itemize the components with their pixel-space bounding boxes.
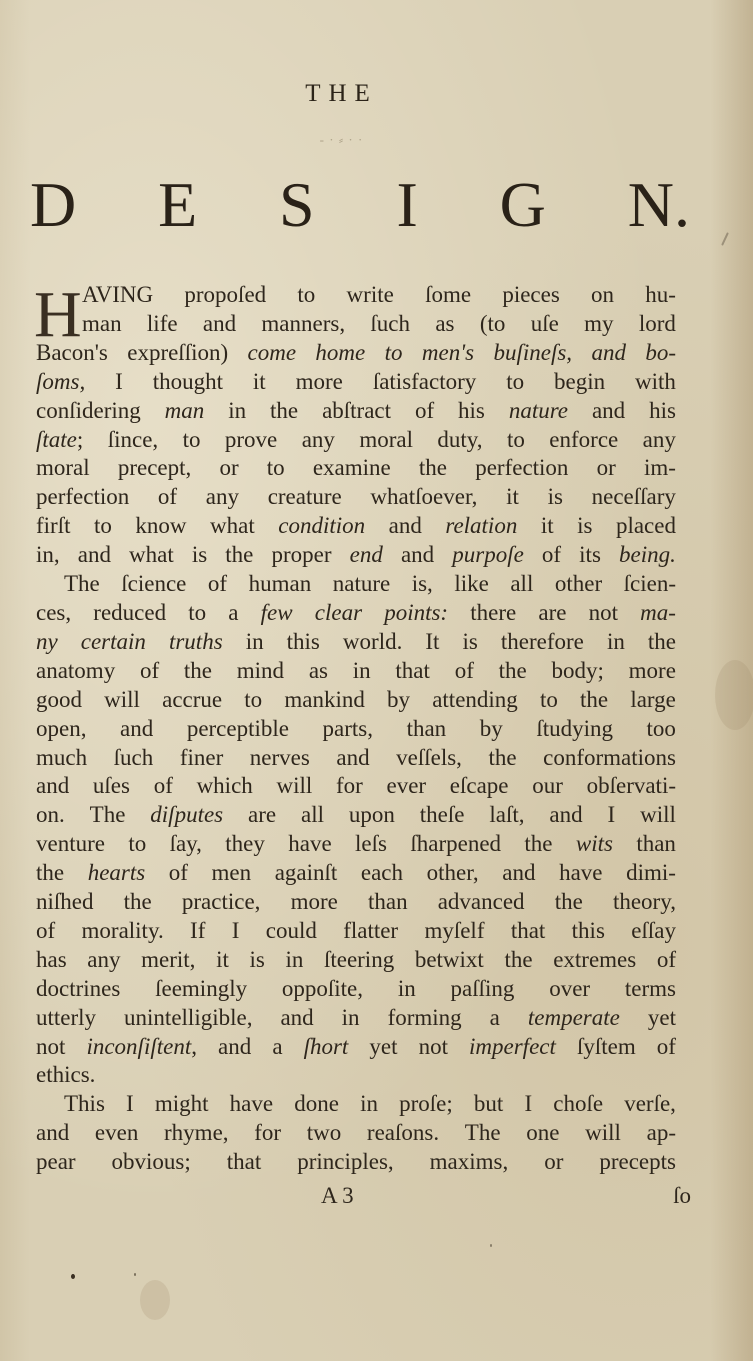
word: practice, [182,888,261,917]
word: as [309,657,328,686]
word: therefore [501,628,584,657]
word: (to [480,310,506,339]
word: in [228,397,246,426]
word: theſe [420,801,465,830]
word: any [206,483,239,512]
word: perfection [475,454,568,483]
word: there [470,599,516,628]
word: lord [639,310,676,339]
word: too [647,715,676,744]
text-line: notinconſiſtent,andaſhortyetnotimperfect… [36,1033,676,1062]
book-page: THE - · ⸗ · · D E S I G N. H AVINGpropoſ… [0,0,753,1361]
word: but [474,1090,503,1119]
drop-cap: H [34,287,82,343]
word: purpoſe [452,541,524,570]
word: the [36,859,64,888]
word: and [549,801,582,830]
word: have [288,830,331,859]
word: laſt, [489,801,524,830]
word: is, [412,570,433,599]
text-line: manlifeandmanners,ſuchas(touſemylord [36,310,676,339]
word: and [389,512,422,541]
word: his [458,397,485,426]
word: ſyſtem [577,1033,636,1062]
word: the [270,397,298,426]
word: will [276,772,312,801]
word: ſhort [304,1033,349,1062]
word: ſince, [108,426,158,455]
word: our [532,772,563,801]
word: large [630,686,676,715]
word: will [585,1119,621,1148]
word: as [435,310,454,339]
word: and [336,744,369,773]
word: expreſſion) [127,339,228,368]
word: venture [36,830,105,859]
word: by [387,686,410,715]
word: life [147,310,178,339]
word: know [135,512,186,541]
word: veſſels, [396,744,462,773]
word: to [188,599,206,628]
word: wits [576,830,613,859]
word: The [90,801,126,830]
word: morality. [82,917,164,946]
word: abſtract [322,397,391,426]
title-letter: S [279,168,315,242]
word: the [499,657,527,686]
text-line: anatomyofthemindasinthatofthebody;more [36,657,676,686]
word: in [246,628,264,657]
word: which [197,772,253,801]
word: in [342,1004,360,1033]
word: I [232,917,240,946]
word: eſcape [450,772,509,801]
word: man [165,397,205,426]
word: write [347,281,394,310]
word: firſt [36,512,71,541]
signature-mark: A 3 [321,1183,354,1209]
word: my [584,310,613,339]
title-letter: E [158,168,197,242]
word: of [154,772,173,801]
word: duty, [437,426,482,455]
word: or [219,454,238,483]
word: conſidering [36,397,141,426]
word: merit, [141,946,195,975]
word: AVING [82,281,153,310]
text-line: conſideringmanintheabſtractofhisnaturean… [36,397,676,426]
word: it [216,946,229,975]
word: advanced [438,888,525,917]
word: on [591,281,614,310]
word: reaſons. [367,1119,439,1148]
word: like [454,570,489,599]
word: this [572,917,605,946]
word: on. [36,801,65,830]
page-title-design: D E S I G N. [30,168,690,242]
word: and [591,339,626,368]
word: of [36,917,55,946]
word: reduced [93,599,166,628]
word: of [657,1033,676,1062]
word: the [419,454,447,483]
word: moral [359,426,413,455]
word: of [415,397,434,426]
word: ſome [425,281,471,310]
word: to [507,426,525,455]
paper-stain [140,1280,170,1320]
word: choſe [553,1090,603,1119]
word: any [87,946,120,975]
word: and [218,1033,251,1062]
word: forming [388,1004,462,1033]
word: nature [509,397,568,426]
word: it [506,483,519,512]
text-line: niſhedthepractice,morethanadvancedthethe… [36,888,676,917]
word: two [307,1119,342,1148]
word: of [140,657,159,686]
ink-speck [490,1244,492,1247]
text-line: anduſesofwhichwillforevereſcapeourobſerv… [36,772,676,801]
word: bo- [645,339,676,368]
word: any [643,426,676,455]
word: niſhed [36,888,94,917]
word: to [506,368,524,397]
word: attending [432,686,518,715]
word: and [203,310,236,339]
word: truths [169,628,223,657]
word: manners, [261,310,345,339]
word: pieces [502,281,559,310]
word: proſe; [399,1090,453,1119]
title-letter: G [500,168,546,242]
word: have [559,859,602,888]
text-line: venturetoſay,theyhaveleſsſharpenedthewit… [36,830,676,859]
word: I [126,1090,134,1119]
word: moral [36,454,90,483]
word: the [184,657,212,686]
text-line: on.Thediſputesareallupontheſelaſt,andIwi… [36,801,676,830]
word: im- [644,454,676,483]
word: neceſſary [592,483,676,512]
text-line: doctrinesſeeminglyoppoſite,inpaſſingover… [36,975,676,1004]
word: paſſing [451,975,515,1004]
word: whatſoever, [370,483,477,512]
text-line: goodwillaccruetomankindbyattendingtothel… [36,686,676,715]
word: that [227,1148,262,1177]
word: perfection [36,483,129,512]
word: for [336,772,363,801]
text-line: andevenrhyme,fortworeaſons.Theonewillap- [36,1119,676,1148]
word: home [315,339,365,368]
word: mankind [284,686,365,715]
word: againſt [275,859,338,888]
title-letter: I [396,168,417,242]
word: terms [625,975,676,1004]
word: it [253,368,266,397]
paper-stain [715,660,753,730]
heading-the: THE [0,80,683,108]
word: to [128,830,146,859]
word: to [540,686,558,715]
word: of [169,859,188,888]
word: ſharpened [410,830,501,859]
word: enforce [549,426,618,455]
word: much [36,744,87,773]
word: it [541,512,554,541]
word: precept, [118,454,191,483]
word: a [228,599,238,628]
word: more [291,888,338,917]
word: body; [552,657,604,686]
word: nerves [250,744,310,773]
word: to [183,426,201,455]
text-line: hasanymerit,itisinſteeringbetwixttheextr… [36,946,676,975]
word: and [401,541,434,570]
word: ma- [640,599,676,628]
word: flatter [343,917,398,946]
word: ſtate; [36,426,83,455]
word: in [607,628,625,657]
body-text: H AVINGpropoſedtowriteſomepiecesonhu-man… [36,281,676,1177]
word: of [542,541,561,570]
word: ſeemingly [155,975,247,1004]
text-line: perfectionofanycreaturewhatſoever,itisne… [36,483,676,512]
text-line: ofmorality.IfIcouldflattermyſelfthatthis… [36,917,676,946]
word: will [640,801,676,830]
word: with [635,368,676,397]
word: yet [369,1033,397,1062]
word: of [158,483,177,512]
text-line: firſttoknowwhatconditionandrelationitisp… [36,512,676,541]
word: in, [36,541,60,570]
word: they [225,830,265,859]
word: eſſay [631,917,676,946]
word: open, [36,715,86,744]
word: I [608,801,616,830]
word: oppoſite, [282,975,363,1004]
text-line: AVINGpropoſedtowriteſomepiecesonhu- [36,281,676,310]
word: the [648,628,676,657]
word: that [511,917,546,946]
word: clear [315,599,362,628]
word: maxims, [430,1148,509,1177]
word: not [36,1033,65,1062]
word: nature [333,570,390,599]
word: ſtudying [536,715,613,744]
word: could [266,917,317,946]
word: parts, [323,715,373,744]
word: what [129,541,174,570]
text-line: ſoms,Ithoughtitmoreſatisfactorytobeginwi… [36,368,676,397]
word: is [192,541,207,570]
word: begin [554,368,605,397]
ink-speck [134,1273,136,1276]
word: perceptible [187,715,289,744]
word: proper [272,541,332,570]
word: I [524,1090,532,1119]
decorative-ornament: - · ⸗ · · [0,132,683,148]
word: might [155,1090,209,1119]
word: the [225,541,253,570]
text-line: nycertaintruthsinthisworld.Itistherefore… [36,628,676,657]
text-line: pearobvious;thatprinciples,maxims,orprec… [36,1148,676,1177]
word: for [254,1119,281,1148]
word: upon [349,801,395,830]
word: are [538,599,566,628]
word: yet [648,1004,676,1033]
word: end [350,541,383,570]
word: ethics. [36,1061,95,1090]
word: in [398,975,416,1004]
word: to [297,281,315,310]
word: this [287,628,320,657]
word: hu- [645,281,676,310]
word: world. [343,628,402,657]
word: over [549,975,590,1004]
text-line: in,andwhatistheproperendandpurpoſeofitsb… [36,541,676,570]
word: and [502,859,535,888]
word: the [524,830,552,859]
word: theory, [613,888,676,917]
word: done [294,1090,339,1119]
word: a [272,1033,282,1062]
word: ſoms, [36,368,85,397]
word: or [597,454,616,483]
word: other [555,570,602,599]
word: ſuch [370,310,410,339]
word: ever [387,772,427,801]
word: all [301,801,324,830]
word: that [395,657,430,686]
text-line: ces,reducedtoafewclearpoints:therearenot… [36,599,676,628]
word: one [526,1119,559,1148]
word: to [244,686,262,715]
word: ces, [36,599,71,628]
word: not [589,599,618,628]
word: more [629,657,676,686]
word: what [210,512,255,541]
word: the [504,946,532,975]
word: any [302,426,335,455]
word: uſe [531,310,559,339]
word: in [285,946,303,975]
word: The [465,1119,501,1148]
word: betwixt [415,946,484,975]
word: is [577,512,592,541]
word: hearts [88,859,146,888]
word: relation [445,512,517,541]
word: to [94,512,112,541]
word: temperate [528,1004,620,1033]
word: all [510,570,533,599]
text-line: Bacon'sexpreſſion)comehometomen'sbuſineſ… [36,339,676,368]
word: than [636,830,676,859]
word: and [592,397,625,426]
text-line: ſtate;ſince,toproveanymoralduty,toenforc… [36,426,676,455]
word: not [419,1033,448,1062]
word: are [248,801,276,830]
word: unintelligible, [124,1004,252,1033]
word: and [36,1119,69,1148]
word: human [249,570,312,599]
word: dimi- [626,859,676,888]
word: prove [225,426,277,455]
word: I [115,368,123,397]
text-line: utterlyunintelligible,andinformingatempe… [36,1004,676,1033]
word: is [249,946,264,975]
word: or [544,1148,563,1177]
word: This [64,1090,105,1119]
title-letter: N. [628,168,690,242]
word: ſuch [114,744,154,773]
word: propoſed [184,281,266,310]
word: points: [384,599,448,628]
word: few [261,599,293,628]
word: than [368,888,408,917]
word: the [124,888,152,917]
word: obvious; [112,1148,191,1177]
word: and [120,715,153,744]
word: creature [268,483,342,512]
word: and [280,1004,313,1033]
word: utterly [36,1004,96,1033]
word: to [267,454,285,483]
word: precepts [599,1148,676,1177]
text-line: Theſcienceofhumannatureis,likeallotherſc… [36,570,676,599]
word: in [360,1090,378,1119]
ink-speck [721,232,729,246]
word: ſcien- [624,570,676,599]
word: verſe, [624,1090,676,1119]
word: its [579,541,601,570]
word: rhyme, [164,1119,229,1148]
ink-speck [71,1274,75,1279]
word: ſcience [121,570,186,599]
word: of [657,946,676,975]
word: finer [180,744,223,773]
word: diſputes [150,801,223,830]
word: men [212,859,252,888]
word: the [488,744,516,773]
word: examine [313,454,391,483]
text-line: ThisImighthavedoneinproſe;butIchoſeverſe… [36,1090,676,1119]
text-line: moralprecept,ortoexaminetheperfectionori… [36,454,676,483]
word: has [36,946,67,975]
word: men's [422,339,474,368]
word: will [104,686,140,715]
word: good [36,686,82,715]
word: conformations [543,744,676,773]
word: ny [36,628,58,657]
word: of [208,570,227,599]
word: pear [36,1148,76,1177]
word: The [64,570,100,599]
word: than [407,715,447,744]
word: If [190,917,205,946]
word: placed [616,512,676,541]
text-line: muchſuchfinernervesandveſſels,theconform… [36,744,676,773]
word: principles, [297,1148,393,1177]
word: thought [153,368,223,397]
word: other, [427,859,479,888]
word: man [82,310,122,339]
word: leſs [355,830,387,859]
text-line: ethics. [36,1061,676,1090]
word: certain [81,628,146,657]
word: obſervati- [587,772,676,801]
